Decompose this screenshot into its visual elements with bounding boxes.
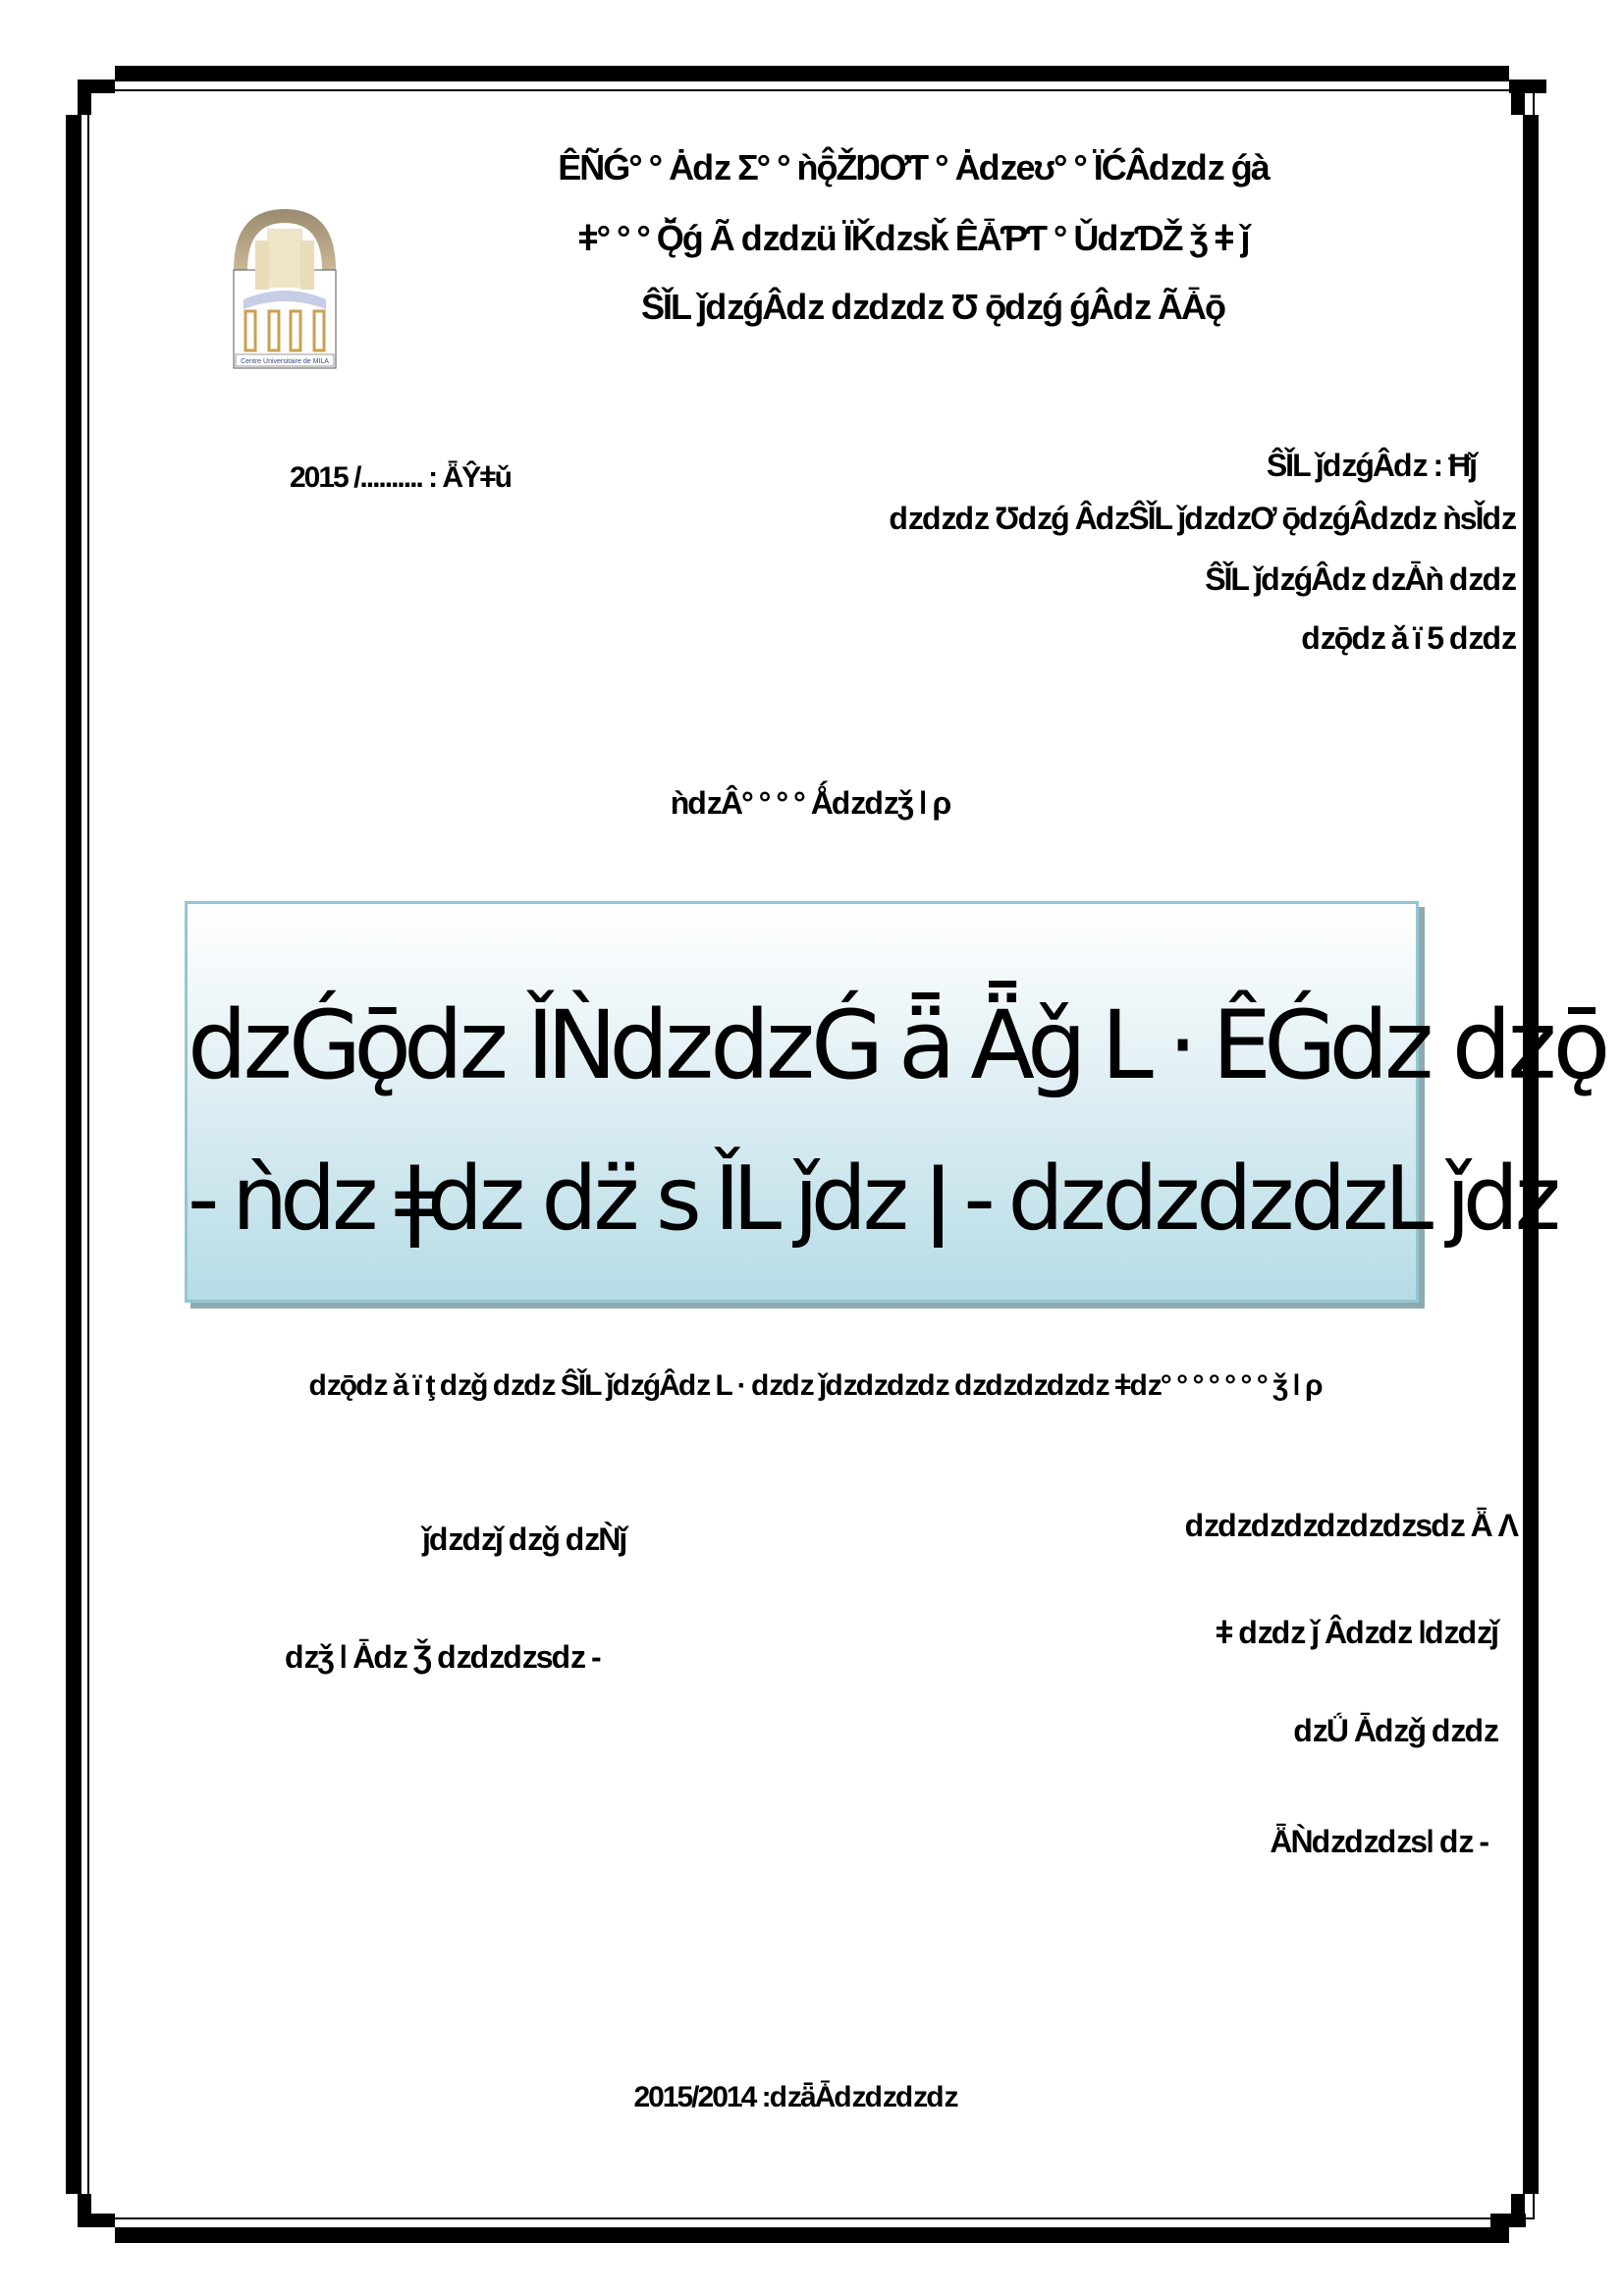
student-name-2: ǳǗ Ǡǳǧ ǳǳ [1293,1713,1497,1749]
supervisor-label: ǰǳǳǰ ǳǧ ǳǸǰ [422,1522,625,1558]
students-label: ǳǳǳǳǳǳǳsǳ Ǟ Λ [1185,1508,1517,1544]
thesis-title-line-1: ǳǴǭǳ ǏǸǳǳǴ ǟ Ǟǧ L · ÊǴǳ ǳǭ ǍÂ ǸǳǳǞ [188,990,1416,1100]
student-name-3: ǞǸǳǳǳsǀ ǳ - [1270,1824,1488,1860]
student-name-1: ǂ ǳǳ ǰ Âǳǳ ǀǳǳǰ [1216,1615,1497,1651]
academic-year: 2015/2014 :ǳǟǠǳǳǳǳ [589,2081,1001,2114]
institute-line: ǳǳǳ Ʊǳǵ ÂǳŜǏL ǰǳǳƠ ǭǳǵÂǳǳ ǹsǏǳ [889,501,1515,537]
header-line-1: ÊÑ̀Ǵ° ° Ȧǳ Ʃ° ° ǹǭ̂ŽŊƠƬ ° Ȧǳeʊ° ° ÏĆÂǳǳ … [511,147,1316,188]
degree-statement: ǳǭǳ ǎ ï ţ ǳǧ ǳǳ ŜǏL ǰǳǵÂǳ L · ǳǳ ǰǳǳǳǳ ǳ… [285,1369,1345,1403]
reference-number: 2015 /.......... : ǞŶǂǔ [290,461,511,495]
memo-subtitle: ǹǳÂ° ° ° ° Ǻǳǳǯ ǀ ρ [589,785,1031,822]
svg-text:Centre Universitaire de MILA: Centre Universitaire de MILA [241,358,329,365]
specialty-line: ǳǭǳ ǎ ï 5 ǳǳ [1301,620,1515,657]
university-logo: Centre Universitaire de MILA [226,201,344,378]
thesis-title-line-2: - ǹǳ ǂǳ ǳ̈ s ǏL ǰǳ ǀ - ǳǳǳǳL ǰǳ [188,1148,1416,1251]
department-label: ŜǏL ǰǳǵÂǳ : Ħǰ [1267,448,1476,484]
field-line: ŜǏL ǰǳǵÂǳ ǳǠǹ ǳǳ [1205,561,1515,598]
thesis-title-box: ǳǴǭǳ ǏǸǳǳǴ ǟ Ǟǧ L · ÊǴǳ ǳǭ ǍÂ ǸǳǳǞ - ǹǳ … [185,901,1419,1303]
supervisor-name: ǳǯ ǀ Ǡǳ Ǯ ǳǳǳsǳ - [285,1639,600,1676]
header-line-2: ǂ° ° ° Ǭ̌ǵ Ã ǳǳü ÏǨǳsǩ ÊǠƤƬ ° ǓǳƊŽ ǯ ǂ ǰ [511,218,1316,259]
header-line-3: ŜǏL ǰǳǵÂǳ ǳǳǳ Ʊ ǭǳǵ ǵÂǳ ÃǠǭ [609,287,1257,328]
